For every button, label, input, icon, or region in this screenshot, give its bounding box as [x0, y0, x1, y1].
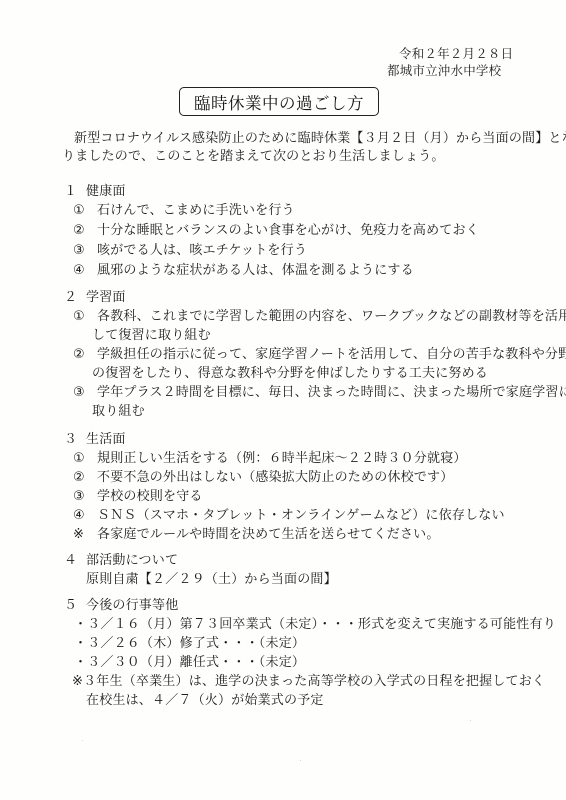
list-item-continuation: の復習をしたり、得意な教科や分野を伸ばしたりする工夫に努める: [92, 366, 488, 382]
item-text: 不要不急の外出はしない（感染拡大防止のための休校です）: [97, 470, 453, 485]
section-3-heading: ３生活面: [64, 432, 126, 448]
item-text: 十分な睡眠とバランスのよい食事を心がけ、免疫力を高めておく: [97, 223, 479, 238]
list-item-continuation: 取り組む: [92, 404, 145, 420]
list-item-note: ※各家庭でルールや時間を決めて生活を送らせてください。: [73, 527, 440, 543]
item-text: 規則正しい生活をする（例：６時半起床〜２２時３０分就寝）: [97, 451, 467, 466]
item-mark: ①: [73, 203, 97, 219]
section-number: １: [64, 184, 86, 200]
item-mark: ④: [73, 508, 97, 524]
item-mark: ②: [73, 470, 97, 486]
list-item: ④風邪のような症状がある人は、体温を測るようにする: [73, 263, 414, 279]
item-text: 各家庭でルールや時間を決めて生活を送らせてください。: [97, 527, 440, 542]
section-1-heading: １健康面: [64, 184, 126, 200]
intro-line-2: りましたので、このことを踏まえて次のとおり生活しましょう。: [62, 149, 445, 165]
item-mark: ③: [73, 385, 97, 401]
item-text: 咳がでる人は、咳エチケットを行う: [97, 243, 307, 258]
item-mark: ①: [73, 309, 97, 325]
list-item: ④ＳＮＳ（スマホ・タブレット・オンラインゲームなど）に依存しない: [73, 508, 505, 524]
section-title: 今後の行事等他: [86, 598, 178, 613]
section-number: ２: [64, 290, 86, 306]
item-mark: ③: [73, 489, 97, 505]
list-item: ③咳がでる人は、咳エチケットを行う: [73, 243, 307, 259]
scan-noise: [470, 720, 471, 721]
item-text: 学級担任の指示に従って、家庭学習ノートを活用して、自分の苦手な教科や分野: [97, 347, 566, 362]
item-mark: ④: [73, 263, 97, 279]
intro-line-1: 新型コロナウイルス感染防止のために臨時休業【３月２日（月）から当面の間】とな: [74, 131, 566, 147]
section-title: 部活動について: [86, 553, 178, 568]
note-line: 在校生は、４／７（火）が始業式の予定: [86, 693, 324, 709]
section-title: 生活面: [86, 432, 126, 447]
scan-noise: [300, 760, 301, 761]
list-item: ③学年プラス２時間を目標に、毎日、決まった時間に、決まった場所で家庭学習に: [73, 385, 566, 401]
item-mark: ③: [73, 243, 97, 259]
section-2-heading: ２学習面: [64, 290, 126, 306]
event-item: ・３／３０（月）離任式・・・（未定）: [74, 655, 305, 671]
scan-noise: [82, 740, 83, 741]
item-text: 各教科、これまでに学習した範囲の内容を、ワークブックなどの副教材等を活用: [97, 309, 566, 324]
title-box: 臨時休業中の過ごし方: [179, 87, 379, 116]
page-title: 臨時休業中の過ごし方: [194, 90, 364, 114]
list-item: ①各教科、これまでに学習した範囲の内容を、ワークブックなどの副教材等を活用: [73, 309, 566, 325]
list-item: ②不要不急の外出はしない（感染拡大防止のための休校です）: [73, 470, 453, 486]
document-date: 令和２年２月２８日: [399, 46, 513, 62]
section-number: ５: [64, 598, 86, 614]
item-mark: ①: [73, 451, 97, 467]
section-number: ３: [64, 432, 86, 448]
section-4-body: 原則自粛【２／２９（土）から当面の間】: [86, 572, 337, 588]
document-page: 令和２年２月２８日 都城市立沖水中学校 臨時休業中の過ごし方 新型コロナウイルス…: [0, 0, 566, 800]
event-item: ・３／１６（月）第７３回卒業式（未定）・・・形式を変えて実施する可能性有り: [74, 617, 556, 633]
list-item: ③学校の校則を守る: [73, 489, 203, 505]
section-4-heading: ４部活動について: [64, 553, 178, 569]
item-mark: ②: [73, 223, 97, 239]
item-mark: ②: [73, 347, 97, 363]
item-text: 学年プラス２時間を目標に、毎日、決まった時間に、決まった場所で家庭学習に: [97, 385, 566, 400]
section-number: ４: [64, 553, 86, 569]
item-text: 学校の校則を守る: [97, 489, 203, 504]
section-title: 健康面: [86, 184, 126, 199]
list-item: ①規則正しい生活をする（例：６時半起床〜２２時３０分就寝）: [73, 451, 467, 467]
list-item-continuation: して復習に取り組む: [92, 328, 211, 344]
section-5-heading: ５今後の行事等他: [64, 598, 178, 614]
item-text: 風邪のような症状がある人は、体温を測るようにする: [97, 263, 414, 278]
note-line: ※３年生（卒業生）は、進学の決まった高等学校の入学式の日程を把握しておく: [72, 674, 545, 690]
item-text: ＳＮＳ（スマホ・タブレット・オンラインゲームなど）に依存しない: [97, 508, 505, 523]
list-item: ②学級担任の指示に従って、家庭学習ノートを活用して、自分の苦手な教科や分野: [73, 347, 566, 363]
list-item: ②十分な睡眠とバランスのよい食事を心がけ、免疫力を高めておく: [73, 223, 479, 239]
section-title: 学習面: [86, 290, 126, 305]
event-item: ・３／２６（木）修了式・・・（未定）: [74, 636, 305, 652]
item-text: 石けんで、こまめに手洗いを行う: [97, 203, 295, 218]
school-name: 都城市立沖水中学校: [387, 63, 501, 79]
note-mark: ※: [73, 527, 97, 543]
list-item: ①石けんで、こまめに手洗いを行う: [73, 203, 295, 219]
